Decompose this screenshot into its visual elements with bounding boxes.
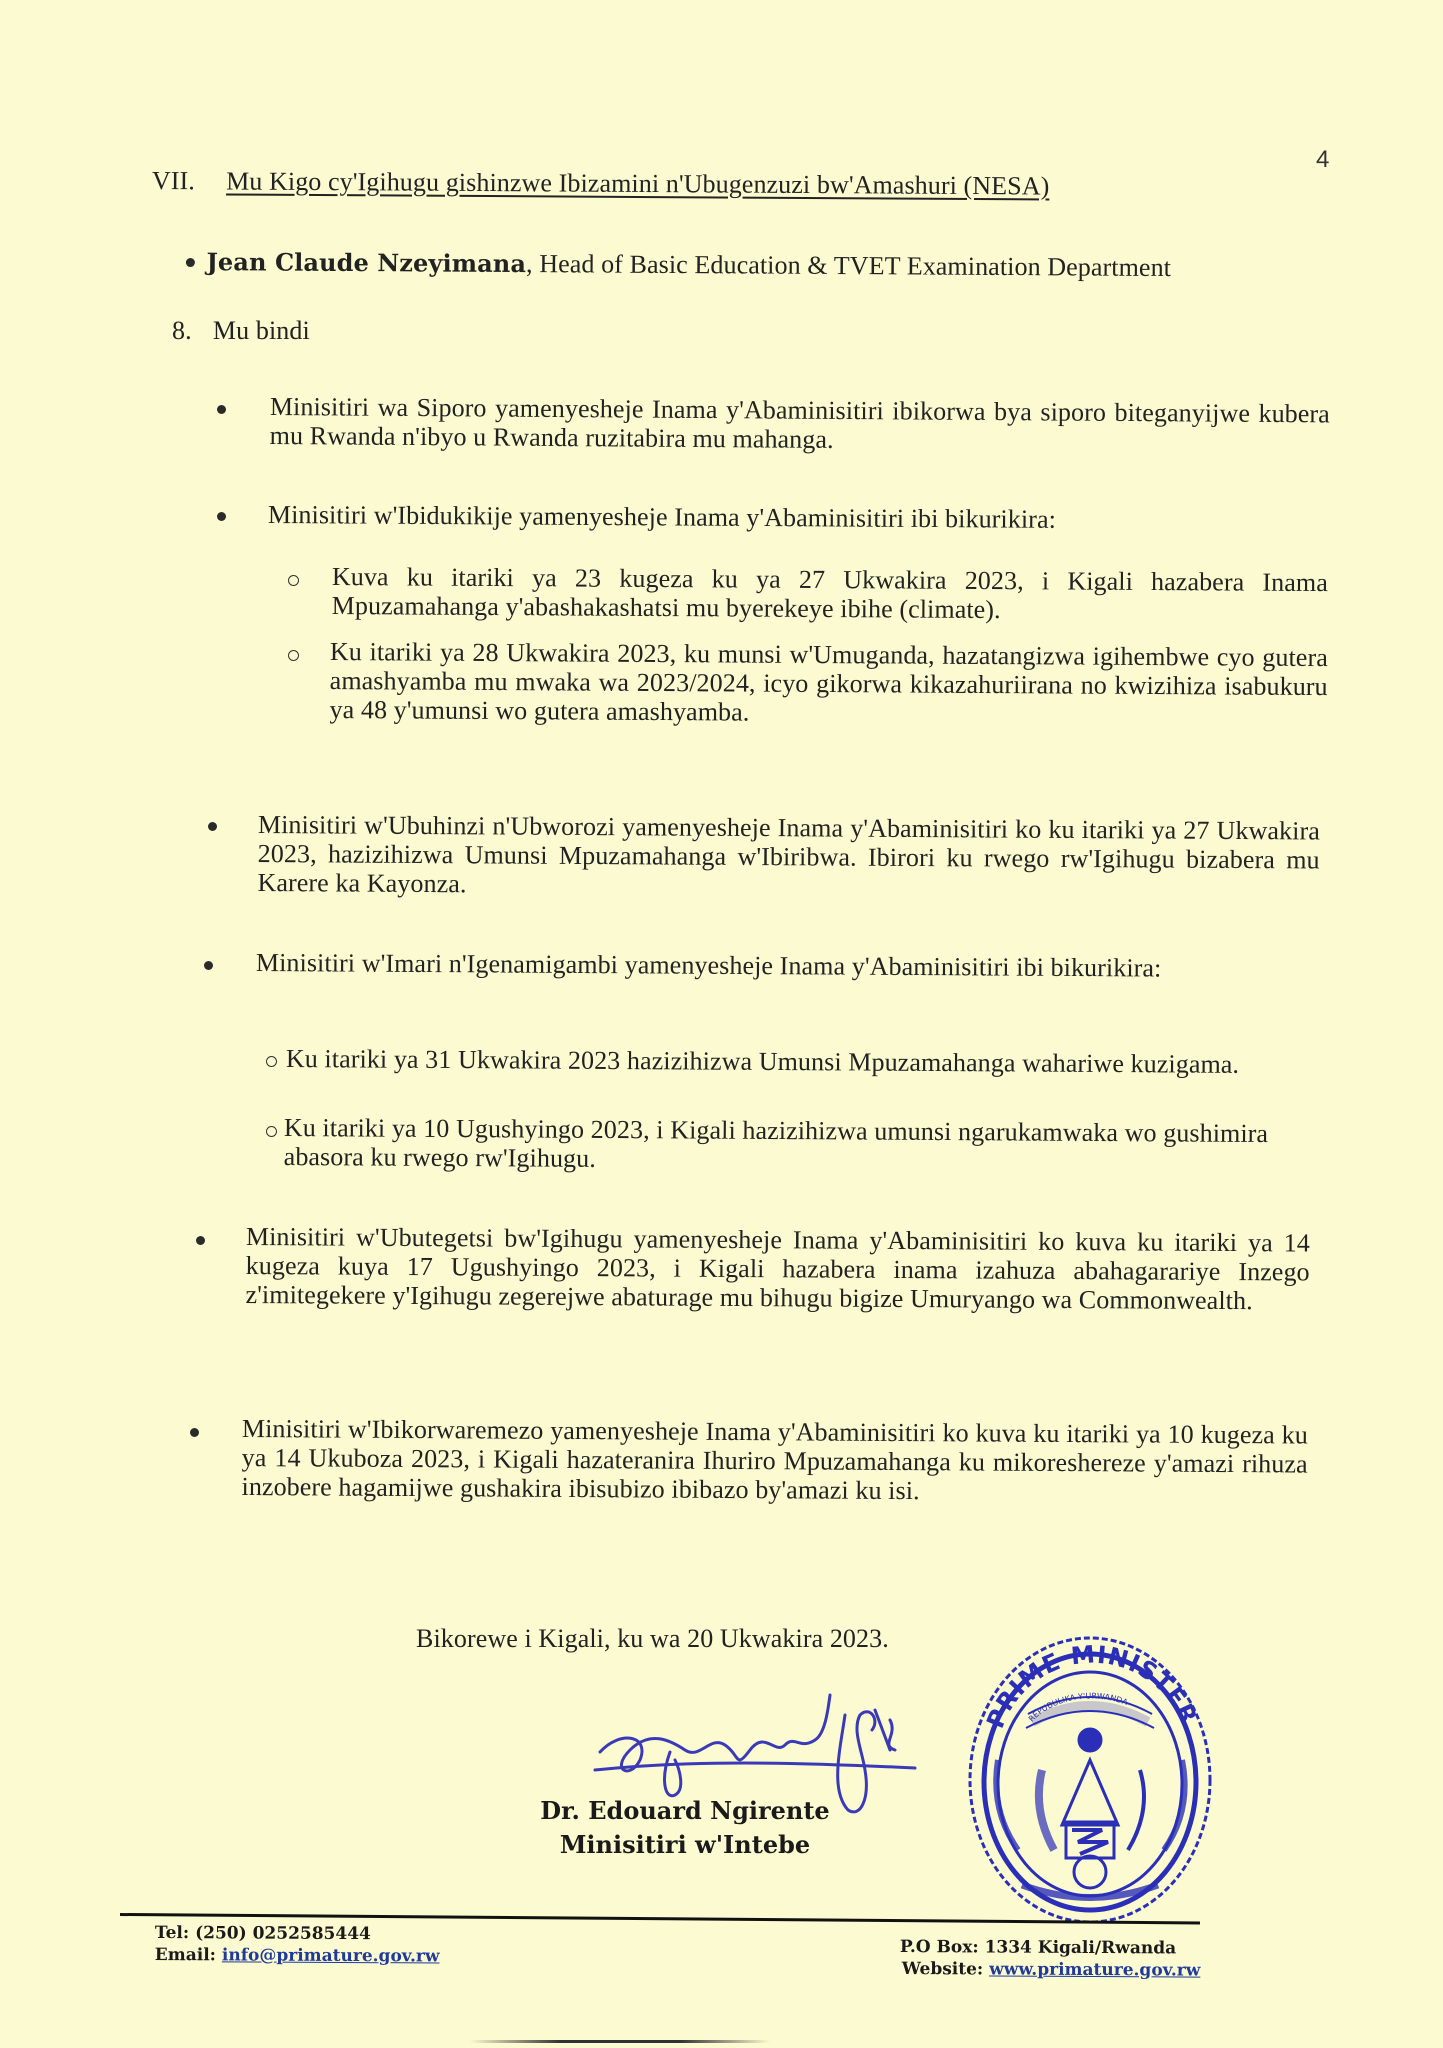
sublist-item-text: Ku itariki ya 10 Ugushyingo 2023, i Kiga… (284, 1113, 1269, 1173)
sublist-item: Kuva ku itariki ya 23 kugeza ku ya 27 Uk… (332, 562, 1328, 626)
list-item-agriculture: Minisitiri w'Ubuhinzi n'Ubworozi yamenye… (257, 810, 1320, 903)
bullet-icon (217, 405, 226, 414)
list-item-local-government: Minisitiri w'Ubutegetsi bw'Igihugu yamen… (245, 1222, 1310, 1315)
circle-bullet-icon (266, 1126, 277, 1137)
section-vii-title: Mu Kigo cy'Igihugu gishinzwe Ibizamini n… (226, 166, 1049, 200)
section-8-number: 8. (172, 316, 192, 345)
bullet-icon (186, 258, 195, 267)
circle-bullet-icon (288, 575, 299, 586)
bullet-icon (204, 961, 213, 970)
bullet-icon (217, 512, 226, 521)
email-link[interactable]: info@primature.gov.rw (222, 1945, 440, 1966)
footer-tel: Tel: (250) 0252585444 (155, 1922, 440, 1945)
appointee-role: , Head of Basic Education & TVET Examina… (526, 249, 1171, 282)
sublist-item-text: Ku itariki ya 31 Ukwakira 2023 hazizihiz… (286, 1044, 1239, 1079)
sublist-item: Ku itariki ya 31 Ukwakira 2023 hazizihiz… (286, 1044, 1316, 1079)
section-8-title: Mu bindi (213, 316, 310, 345)
footer-contact-right: P.O Box: 1334 Kigali/Rwanda Website: www… (900, 1936, 1201, 1982)
footer-website: Website: www.primature.gov.rw (900, 1958, 1201, 1982)
bullet-icon (196, 1236, 205, 1245)
section-vii-heading: VII. Mu Kigo cy'Igihugu gishinzwe Ibizam… (152, 166, 1050, 200)
signatory-name: Dr. Edouard Ngirente (520, 1796, 850, 1825)
list-item-infrastructure: Minisitiri w'Ibikorwaremezo yamenyesheje… (241, 1414, 1308, 1508)
page-number: 4 (1316, 146, 1329, 174)
signatory-title: Minisitiri w'Intebe (520, 1830, 850, 1859)
footer-contact-left: Tel: (250) 0252585444 Email: info@primat… (155, 1922, 440, 1967)
circle-bullet-icon (288, 650, 299, 661)
list-item-environment: Minisitiri w'Ibidukikije yamenyesheje In… (268, 500, 1328, 535)
bullet-icon (190, 1428, 199, 1437)
circle-bullet-icon (266, 1056, 277, 1067)
appointee-name: Jean Claude Nzeyimana (206, 247, 526, 278)
document-page: 4 VII. Mu Kigo cy'Igihugu gishinzwe Ibiz… (0, 0, 1443, 2048)
prime-minister-stamp-icon: PRIME MINISTER REPUBULIKA Y'URWANDA (962, 1610, 1218, 1930)
appointee-line: Jean Claude Nzeyimana, Head of Basic Edu… (186, 247, 1171, 282)
section-vii-numeral: VII. (152, 166, 195, 195)
scan-artifact-line (470, 2040, 770, 2043)
website-label: Website: (902, 1959, 983, 1979)
list-item-finance: Minisitiri w'Imari n'Igenamigambi yameny… (256, 948, 1318, 983)
sublist-item: Ku itariki ya 10 Ugushyingo 2023, i Kiga… (284, 1113, 1314, 1177)
bullet-icon (208, 822, 217, 831)
footer-email: Email: info@primature.gov.rw (155, 1944, 440, 1967)
list-item-sports: Minisitiri wa Siporo yamenyesheje Inama … (270, 392, 1330, 457)
section-8-heading: 8. Mu bindi (172, 316, 310, 345)
tel-label: Tel: (155, 1923, 189, 1943)
website-link[interactable]: www.primature.gov.rw (989, 1959, 1200, 1980)
tel-value: (250) 0252585444 (195, 1923, 371, 1944)
footer-pobox: P.O Box: 1334 Kigali/Rwanda (900, 1936, 1201, 1960)
sublist-item: Ku itariki ya 28 Ukwakira 2023, ku munsi… (329, 637, 1328, 730)
place-date: Bikorewe i Kigali, ku wa 20 Ukwakira 202… (416, 1624, 889, 1653)
email-label: Email: (155, 1945, 216, 1965)
